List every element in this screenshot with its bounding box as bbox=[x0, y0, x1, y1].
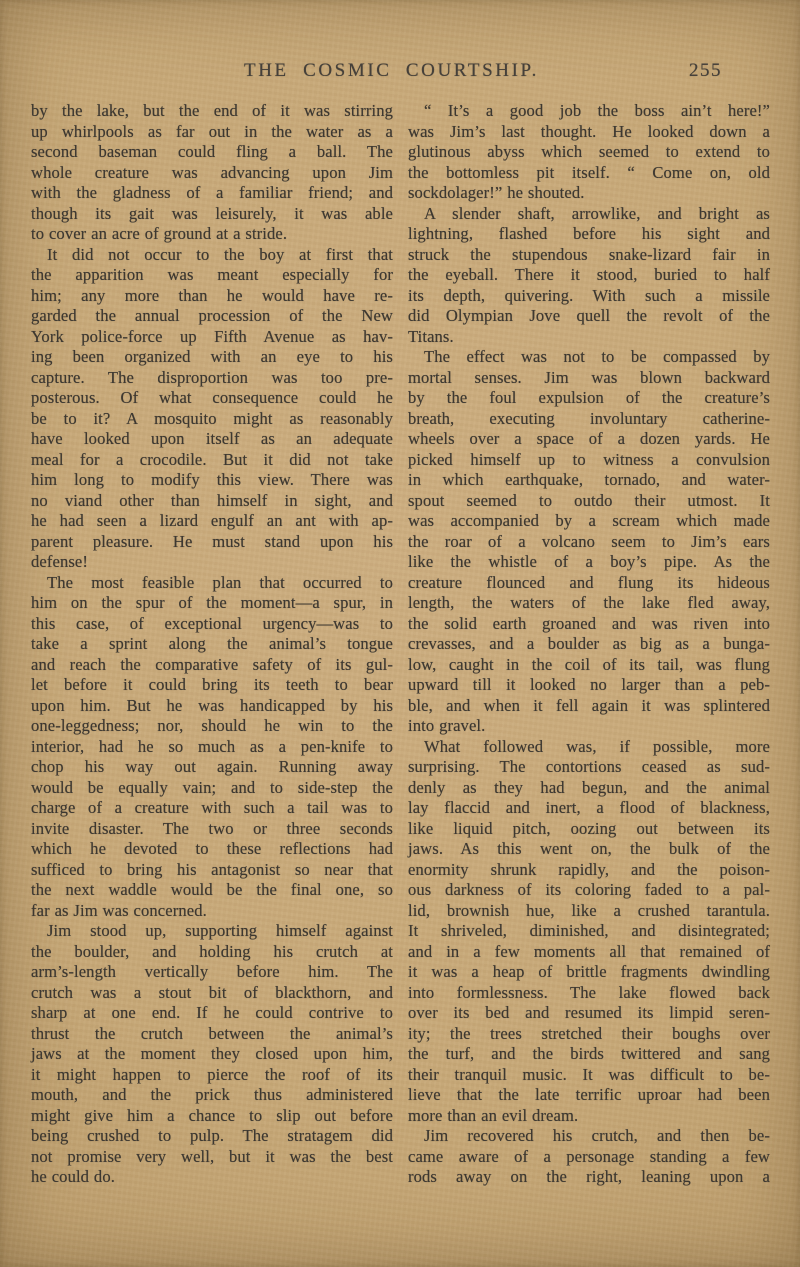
left-column: by the lake, but the end of it was stirr… bbox=[31, 101, 393, 1188]
text-line: its depth, quivering. With such a missil… bbox=[408, 286, 770, 307]
text-line: Titans. bbox=[408, 327, 770, 348]
text-line: parent pleasure. He must stand upon his bbox=[31, 532, 393, 553]
text-line: like the whistle of a boy’s pipe. As the bbox=[408, 552, 770, 573]
right-column: “ It’s a good job the boss ain’t here!”w… bbox=[408, 101, 770, 1188]
text-line: him long to modify this view. There was bbox=[31, 470, 393, 491]
text-line: “ It’s a good job the boss ain’t here!” bbox=[408, 101, 770, 122]
text-line: lieve that the late terrific uproar had … bbox=[408, 1085, 770, 1106]
text-line: like liquid pitch, oozing out between it… bbox=[408, 819, 770, 840]
text-line: struck the stupendous snake-lizard fair … bbox=[408, 245, 770, 266]
text-line: picked himself up to witness a convulsio… bbox=[408, 450, 770, 471]
text-line: surprising. The contortions ceased as su… bbox=[408, 757, 770, 778]
text-line: whole creature was advancing upon Jim bbox=[31, 163, 393, 184]
text-line: one-leggedness; nor, should he win to th… bbox=[31, 716, 393, 737]
text-line: was accompanied by a scream which made bbox=[408, 511, 770, 532]
text-line: no viand other than himself in sight, an… bbox=[31, 491, 393, 512]
text-line: lay flaccid and inert, a flood of blackn… bbox=[408, 798, 770, 819]
text-line: upward till it looked no larger than a p… bbox=[408, 675, 770, 696]
text-line: though its gait was leisurely, it was ab… bbox=[31, 204, 393, 225]
text-line: be to it? A mosquito might as reasonably bbox=[31, 409, 393, 430]
text-line: second baseman could fling a ball. The bbox=[31, 142, 393, 163]
text-line: creature flounced and flung its hideous bbox=[408, 573, 770, 594]
text-line: denly as they had begun, and the animal bbox=[408, 778, 770, 799]
text-line: have looked upon itself as an adequate bbox=[31, 429, 393, 450]
text-line: up whirlpools as far out in the water as… bbox=[31, 122, 393, 143]
text-line: low, caught in the coil of its tail, was… bbox=[408, 655, 770, 676]
text-line: glutinous abyss which seemed to extend t… bbox=[408, 142, 770, 163]
text-line: which he devoted to these reflections ha… bbox=[31, 839, 393, 860]
text-columns: by the lake, but the end of it was stirr… bbox=[31, 101, 771, 1188]
book-page: THE COSMIC COURTSHIP. 255 by the lake, b… bbox=[0, 0, 800, 1267]
text-line: ous darkness of its coloring faded to a … bbox=[408, 880, 770, 901]
text-line: the eyeball. There it stood, buried to h… bbox=[408, 265, 770, 286]
text-line: by the lake, but the end of it was stirr… bbox=[31, 101, 393, 122]
text-line: mouth, and the prick thus administered bbox=[31, 1085, 393, 1106]
text-line: to cover an acre of ground at a stride. bbox=[31, 224, 393, 245]
text-line: sharp at one end. If he could contrive t… bbox=[31, 1003, 393, 1024]
text-line: defense! bbox=[31, 552, 393, 573]
text-line: ing been organized with an eye to his bbox=[31, 347, 393, 368]
text-line: lid, brownish hue, like a crushed tarant… bbox=[408, 901, 770, 922]
text-line: did Olympian Jove quell the revolt of th… bbox=[408, 306, 770, 327]
running-head: THE COSMIC COURTSHIP. 255 bbox=[0, 60, 800, 86]
text-line: interior, had he so much as a pen-knife … bbox=[31, 737, 393, 758]
text-line: into formlessness. The lake flowed back bbox=[408, 983, 770, 1004]
text-line: wheels over a space of a dozen yards. He bbox=[408, 429, 770, 450]
text-line: lightning, flashed before his sight and bbox=[408, 224, 770, 245]
text-line: being crushed to pulp. The stratagem did bbox=[31, 1126, 393, 1147]
text-line: Jim stood up, supporting himself against bbox=[31, 921, 393, 942]
text-line: the next waddle would be the final one, … bbox=[31, 880, 393, 901]
text-line: upon him. But he was handicapped by his bbox=[31, 696, 393, 717]
text-line: it was a heap of brittle fragments dwind… bbox=[408, 962, 770, 983]
text-line: over its bed and resumed its limpid sere… bbox=[408, 1003, 770, 1024]
text-line: and in a few moments all that remained o… bbox=[408, 942, 770, 963]
text-line: spout seemed to outdo their utmost. It bbox=[408, 491, 770, 512]
text-line: he could do. bbox=[31, 1167, 393, 1188]
text-line: came aware of a personage standing a few bbox=[408, 1147, 770, 1168]
text-line: him; any more than he would have re- bbox=[31, 286, 393, 307]
text-line: rods away on the right, leaning upon a bbox=[408, 1167, 770, 1188]
text-line: more than an evil dream. bbox=[408, 1106, 770, 1127]
text-line: by the foul expulsion of the creature’s bbox=[408, 388, 770, 409]
text-line: The effect was not to be compassed by bbox=[408, 347, 770, 368]
text-line: It shriveled, diminished, and disintegra… bbox=[408, 921, 770, 942]
text-line: might give him a chance to slip out befo… bbox=[31, 1106, 393, 1127]
text-line: the turf, and the birds twittered and sa… bbox=[408, 1044, 770, 1065]
page-number: 255 bbox=[689, 60, 722, 82]
text-line: in which earthquake, tornado, and water- bbox=[408, 470, 770, 491]
text-line: their tranquil music. It was difficult t… bbox=[408, 1065, 770, 1086]
text-line: and reach the comparative safety of its … bbox=[31, 655, 393, 676]
text-line: with the gladness of a familiar friend; … bbox=[31, 183, 393, 204]
text-line: was Jim’s last thought. He looked down a bbox=[408, 122, 770, 143]
text-line: posterous. Of what consequence could he bbox=[31, 388, 393, 409]
text-line: the solid earth groaned and was riven in… bbox=[408, 614, 770, 635]
text-line: sufficed to bring his antagonist so near… bbox=[31, 860, 393, 881]
text-line: would be equally vain; and to side-step … bbox=[31, 778, 393, 799]
text-line: jaws at the moment they closed upon him, bbox=[31, 1044, 393, 1065]
text-line: thrust the crutch between the animal’s bbox=[31, 1024, 393, 1045]
text-line: let before it could bring its teeth to b… bbox=[31, 675, 393, 696]
page-title: THE COSMIC COURTSHIP. bbox=[244, 60, 539, 82]
text-line: the boulder, and holding his crutch at bbox=[31, 942, 393, 963]
text-line: invite disaster. The two or three second… bbox=[31, 819, 393, 840]
text-line: sockdolager!” he shouted. bbox=[408, 183, 770, 204]
text-line: him on the spur of the moment—a spur, in bbox=[31, 593, 393, 614]
text-line: garded the annual procession of the New bbox=[31, 306, 393, 327]
text-line: he had seen a lizard engulf an ant with … bbox=[31, 511, 393, 532]
text-line: take a sprint along the animal’s tongue bbox=[31, 634, 393, 655]
text-line: breath, executing involuntary catherine- bbox=[408, 409, 770, 430]
text-line: capture. The disproportion was too pre- bbox=[31, 368, 393, 389]
text-line: this case, of exceptional urgency—was to bbox=[31, 614, 393, 635]
text-line: The most feasible plan that occurred to bbox=[31, 573, 393, 594]
text-line: into gravel. bbox=[408, 716, 770, 737]
text-line: What followed was, if possible, more bbox=[408, 737, 770, 758]
text-line: the roar of a volcano seem to Jim’s ears bbox=[408, 532, 770, 553]
text-line: length, the waters of the lake fled away… bbox=[408, 593, 770, 614]
text-line: ity; the trees stretched their boughs ov… bbox=[408, 1024, 770, 1045]
text-line: meal for a crocodile. But it did not tak… bbox=[31, 450, 393, 471]
text-line: Jim recovered his crutch, and then be- bbox=[408, 1126, 770, 1147]
text-line: It did not occur to the boy at first tha… bbox=[31, 245, 393, 266]
text-line: enormity shrunk rapidly, and the poison- bbox=[408, 860, 770, 881]
text-line: ble, and when it fell again it was splin… bbox=[408, 696, 770, 717]
text-line: far as Jim was concerned. bbox=[31, 901, 393, 922]
text-line: jaws. As this went on, the bulk of the bbox=[408, 839, 770, 860]
text-line: crutch was a stout bit of blackthorn, an… bbox=[31, 983, 393, 1004]
text-line: it might happen to pierce the roof of it… bbox=[31, 1065, 393, 1086]
text-line: the bottomless pit itself. “ Come on, ol… bbox=[408, 163, 770, 184]
text-line: not promise very well, but it was the be… bbox=[31, 1147, 393, 1168]
text-line: A slender shaft, arrowlike, and bright a… bbox=[408, 204, 770, 225]
text-line: chop his way out again. Running away bbox=[31, 757, 393, 778]
text-line: the apparition was meant especially for bbox=[31, 265, 393, 286]
text-line: crevasses, and a boulder as big as a bun… bbox=[408, 634, 770, 655]
text-line: mortal senses. Jim was blown backward bbox=[408, 368, 770, 389]
text-line: charge of a creature with such a tail wa… bbox=[31, 798, 393, 819]
text-line: York police-force up Fifth Avenue as hav… bbox=[31, 327, 393, 348]
text-line: arm’s-length vertically before him. The bbox=[31, 962, 393, 983]
